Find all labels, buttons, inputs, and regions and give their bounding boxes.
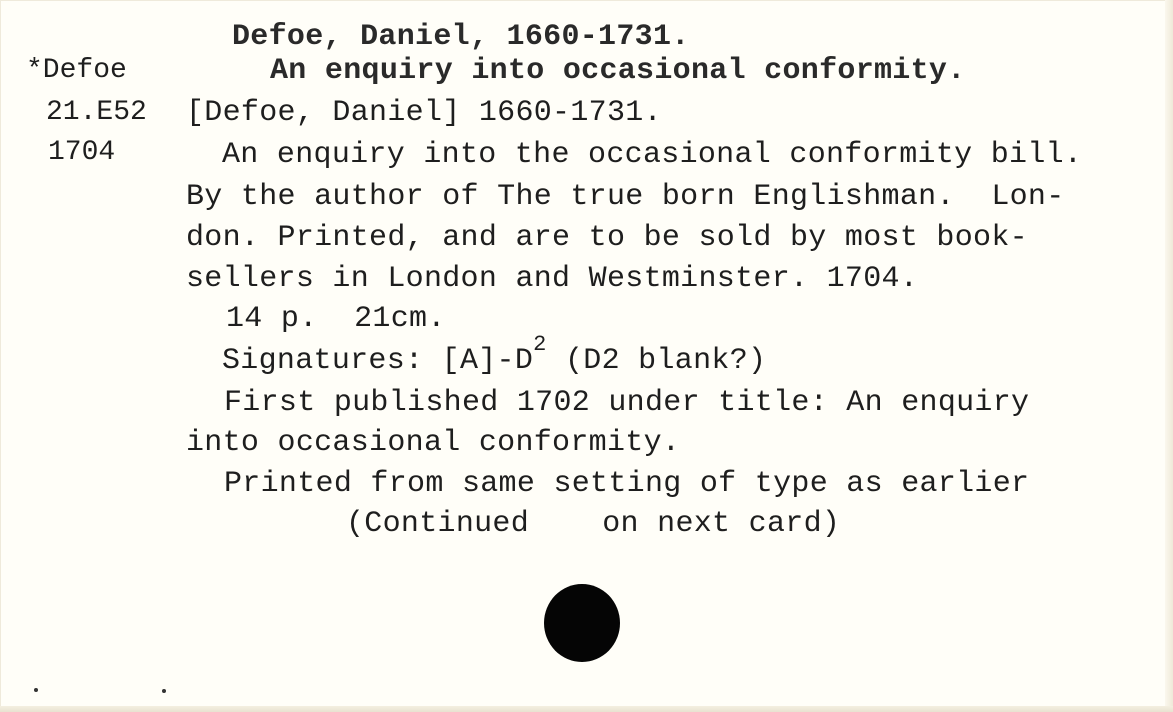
- note-first-published: First published 1702 under title: An enq…: [224, 386, 1029, 420]
- call-number-line-1: *Defoe: [26, 54, 127, 88]
- signatures-text: Signatures: [A]-D: [222, 344, 533, 378]
- signatures-text: (D2 blank?): [547, 344, 767, 378]
- signatures-superscript: 2: [533, 332, 547, 357]
- imprint-line: sellers in London and Westminster. 1704.: [186, 262, 918, 296]
- call-number-line-2: 21.E52: [46, 96, 147, 130]
- call-number-line-3: 1704: [48, 136, 115, 170]
- card-punch-hole: [544, 584, 620, 662]
- title-line: An enquiry into the occasional conformit…: [222, 138, 1082, 172]
- title-line: By the author of The true born Englishma…: [186, 180, 1065, 214]
- signatures-note: Signatures: [A]-D2 (D2 blank?): [222, 344, 766, 380]
- collation: 14 p. 21cm.: [226, 302, 446, 336]
- note-printed-from: Printed from same setting of type as ear…: [224, 467, 1029, 501]
- note-first-published: into occasional conformity.: [186, 426, 680, 460]
- tracing-heading: Defoe, Daniel, 1660-1731.: [232, 20, 690, 54]
- imprint-line: don. Printed, and are to be sold by most…: [186, 221, 1028, 255]
- speck: [162, 689, 166, 693]
- catalog-card: Defoe, Daniel, 1660-1731. *Defoe An enqu…: [0, 0, 1173, 712]
- card-edge: [0, 706, 1173, 712]
- card-edge: [1165, 0, 1173, 712]
- continued-note: (Continued on next card): [346, 507, 840, 541]
- speck: [34, 688, 38, 692]
- tracing-title: An enquiry into occasional conformity.: [270, 54, 966, 88]
- main-heading: [Defoe, Daniel] 1660-1731.: [186, 96, 662, 130]
